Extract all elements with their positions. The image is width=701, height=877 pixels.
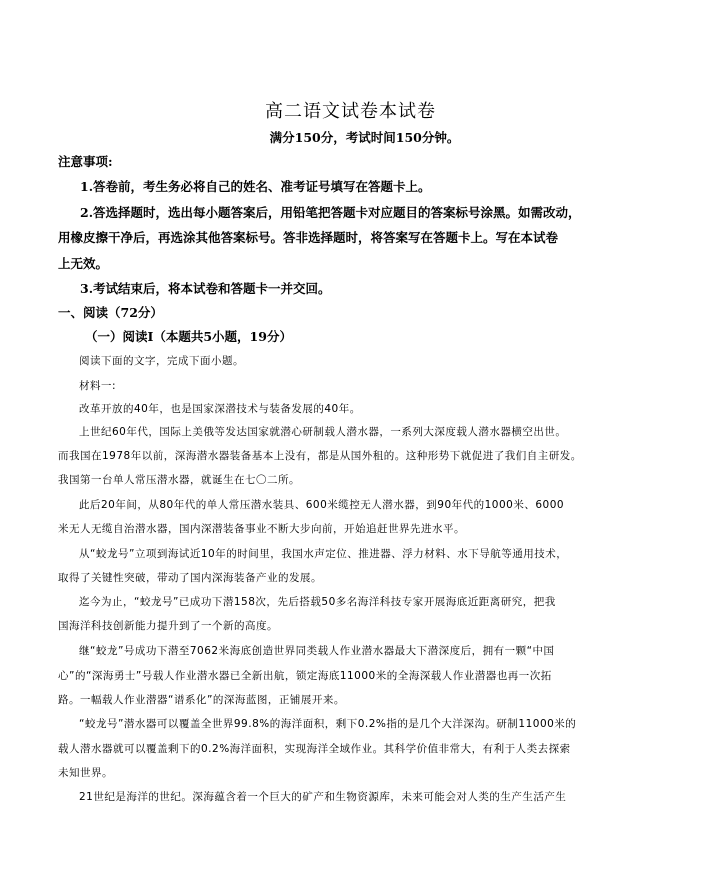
paragraph-line: 上世纪60年代，国际上美俄等发达国家就潜心研制载人潜水器，一系列大深度载人潜水器… [79,424,566,439]
notice-item-2: 2.答选择题时，选出每小题答案后，用铅笔把答题卡对应题目的答案标号涂黑。如需改动… [80,203,581,221]
section-heading: 一、阅读（72分） [58,303,163,321]
paragraph-line: 21世纪是海洋的世纪。深海蕴含着一个巨大的矿产和生物资源库，未来可能会对人类的生… [79,789,566,804]
instruction-text: 阅读下面的文字，完成下面小题。 [79,353,244,368]
paragraph-line: 米无人无缆自治潜水器，国内深潜装备事业不断大步向前，开始追赶世界先进水平。 [58,521,465,536]
subsection-heading: （一）阅读Ⅰ（本题共5小题，19分） [85,327,292,345]
paragraph-line: 此后20年间，从80年代的单人常压潜水装具、600米缆控无人潜水器，到90年代的… [79,497,564,512]
paragraph-line: 路。一幅载人作业潜器“谱系化”的深海蓝图，正铺展开来。 [58,692,345,707]
document-title: 高二语文试卷本试卷 [0,97,701,123]
document-subtitle: 满分150分，考试时间150分钟。 [0,128,701,146]
paragraph-line: 我国第一台单人常压潜水器，就诞生在七〇二所。 [58,472,300,487]
paragraph-line: 改革开放的40年，也是国家深潜技术与装备发展的40年。 [79,401,361,416]
notice-item-3: 3.考试结束后，将本试卷和答题卡一并交回。 [80,279,331,297]
notice-heading: 注意事项: [58,152,113,170]
paragraph-line: 继“蛟龙”号成功下潜至7062米海底创造世界同类载人作业潜水器最大下潜深度后，拥… [79,643,555,658]
paragraph-line: 国海洋科技创新能力提升到了一个新的高度。 [58,618,278,633]
notice-item-1: 1.答卷前，考生务必将自己的姓名、准考证号填写在答题卡上。 [80,177,431,195]
paragraph-line: 心”的“深海勇士”号载人作业潜水器已全新出航，锁定海底11000米的全海深载人作… [58,668,552,683]
paragraph-line: “蛟龙号”潜水器可以覆盖全世界99.8%的海洋面积，剩下0.2%指的是几个大洋深… [79,716,576,731]
notice-item-2-end: 上无效。 [58,254,108,272]
paragraph-line: 迄今为止，“蛟龙号”已成功下潜158次，先后搭载50多名海洋科技专家开展海底近距… [79,594,556,609]
paragraph-line: 而我国在1978年以前，深海潜水器装备基本上没有，都是从国外租的。这种形势下就促… [58,448,582,463]
paragraph-line: 未知世界。 [58,765,113,780]
notice-item-2-cont: 用橡皮擦干净后，再选涂其他答案标号。答非选择题时，将答案写在答题卡上。写在本试卷 [58,228,558,246]
exam-page: 高二语文试卷本试卷 满分150分，考试时间150分钟。 注意事项: 1.答卷前，… [0,0,701,877]
paragraph-line: 取得了关键性突破，带动了国内深海装备产业的发展。 [58,570,322,585]
paragraph-line: 从“蛟龙号”立项到海试近10年的时间里，我国水声定位、推进器、浮力材料、水下导航… [79,546,567,561]
paragraph-line: 载人潜水器就可以覆盖剩下的0.2%海洋面积，实现海洋全域作业。其科学价值非常大，… [58,741,571,756]
material-label: 材料一: [79,378,116,393]
